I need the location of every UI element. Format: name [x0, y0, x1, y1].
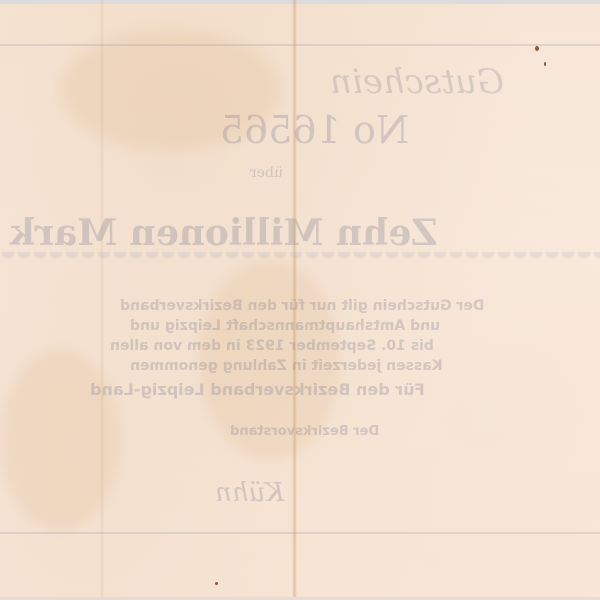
- banknote-reverse: Gutschein No 16565 über Zehn Millionen M…: [0, 0, 600, 600]
- bleed-line: und Amtshauptmannschaft Leipzig und: [130, 318, 440, 334]
- bleed-heading: Gutschein: [330, 62, 504, 102]
- border-rule-top: [0, 44, 600, 46]
- bleed-serial: No 16565: [220, 108, 409, 152]
- fold-crease: [100, 0, 104, 600]
- scallop-border: [0, 252, 600, 268]
- bleed-line: Kassen jederzeit in Zahlung genommen: [130, 358, 443, 374]
- bleed-over: über: [250, 165, 283, 181]
- bleed-line: Für den Bezirksverband Leipzig-Land: [90, 380, 425, 399]
- spot: [544, 62, 546, 66]
- top-edge: [0, 0, 600, 4]
- bleed-line: bis 10. September 1923 in dem von allen: [110, 338, 434, 354]
- border-rule-bottom: [0, 532, 600, 534]
- bleed-denomination: Zehn Millionen Mark: [10, 212, 438, 254]
- bleed-line: Der Bezirksvorstand: [230, 424, 379, 439]
- spot: [535, 46, 539, 51]
- fold-crease-center: [292, 0, 297, 600]
- bleed-signature: Kühn: [215, 478, 284, 508]
- bleed-line: Der Gutschein gilt nur für den Bezirksve…: [120, 298, 485, 314]
- spot: [215, 582, 218, 585]
